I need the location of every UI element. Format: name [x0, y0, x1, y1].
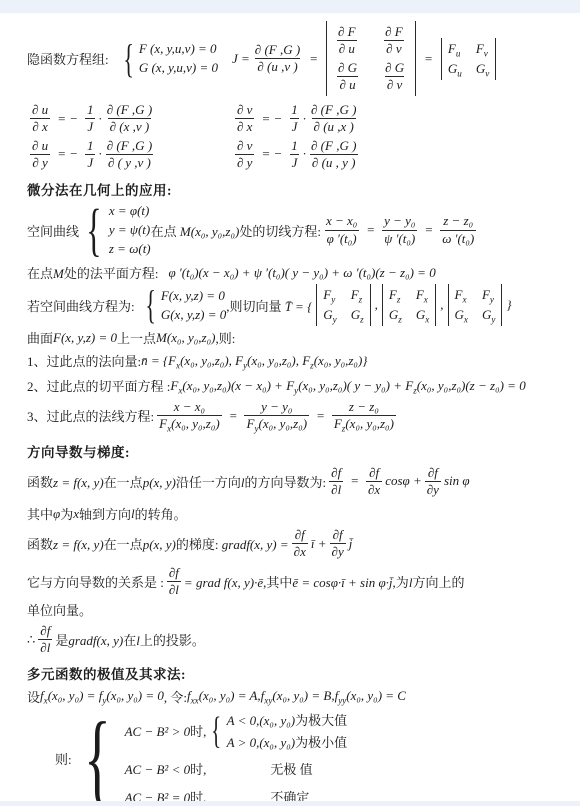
- text-run: n̄ = {Fx(x₀, y₀,z₀), Fy(x₀, y₀,z₀), Fz(x…: [141, 353, 367, 369]
- projection-tail: 是gradf(x, y)在l上的投影。: [55, 630, 205, 649]
- fraction: ∂ (F ,G )∂ (u , y ): [309, 138, 358, 172]
- fraction-numerator: ∂ F: [383, 24, 405, 40]
- fraction-denominator: ∂x: [292, 543, 308, 560]
- case-condition: AC − B² < 0时,: [125, 759, 207, 778]
- unit-vector-line: 单位向量。: [27, 600, 576, 619]
- case-result: 无极 值: [270, 759, 312, 778]
- fraction-numerator: ∂f: [331, 527, 345, 543]
- gradient-caption: 函数z = f(x, y)在一点p(x, y)的梯度: gradf(x, y) …: [27, 534, 289, 553]
- fraction: y − y₀ψ ′(t₀): [382, 213, 417, 247]
- fraction-numerator: ∂ (F ,G ): [105, 138, 154, 154]
- i-unit-term: ī +: [311, 536, 327, 552]
- fraction-denominator: ∂ v: [384, 40, 403, 57]
- text-run: 是: [55, 633, 68, 648]
- fraction: 1J: [289, 138, 300, 172]
- partial-formula-vy: ∂ v∂ y = − 1J · ∂ (F ,G )∂ (u , y ): [232, 138, 437, 172]
- gradient-line: 函数z = f(x, y)在一点p(x, y)的梯度: gradf(x, y) …: [27, 527, 576, 561]
- surface-point-line: 曲面F(x, y,z) = 0上一点 M(x₀, y₀,z₀),则:: [27, 328, 576, 347]
- jacobian-determinant: ∂ F∂ u ∂ F∂ v ∂ G∂ u ∂ G∂ v: [326, 21, 416, 96]
- fraction-denominator: ∂ (u ,v ): [255, 58, 299, 75]
- text-run: Fx(x₀, y₀,z₀)(x − x₀) + Fy(x₀, y₀,z₀)( y…: [170, 378, 525, 394]
- section-heading-gradient: 方向导数与梯度:: [27, 441, 576, 461]
- fraction-numerator: z − z₀: [441, 213, 475, 229]
- tangent-determinant-2: Fz Fx Gz Gx: [382, 284, 436, 326]
- equals-sign: =: [316, 408, 325, 424]
- determinant-cell: Gy: [323, 307, 336, 323]
- partials-row-2: ∂ u∂ y = − 1J · ∂ (F ,G )∂ ( y ,v ) ∂ v∂…: [27, 138, 576, 172]
- fraction-numerator: x − x₀: [172, 399, 207, 415]
- fraction-numerator: ∂f: [293, 527, 307, 543]
- directional-derivative-line: 函数z = f(x, y)在一点p(x, y)沿任一方向l的方向导数为: ∂f∂…: [27, 465, 576, 499]
- curve-eq-g: G(x, y,z) = 0: [161, 307, 226, 323]
- fraction-numerator: ∂f: [367, 465, 381, 481]
- left-brace: {: [211, 712, 221, 750]
- text-run: A > 0,(x₀, y₀): [227, 735, 295, 750]
- top-band: [0, 0, 580, 13]
- curve-equation-system: F(x, y,z) = 0 G(x, y,z) = 0: [161, 288, 226, 323]
- text-run: 时,: [190, 762, 206, 777]
- space-curve-label: 空间曲线: [27, 221, 79, 240]
- determinant-cell: Gz: [351, 307, 364, 323]
- fraction-denominator: ∂y: [330, 543, 346, 560]
- fraction-denominator: ∂l: [167, 581, 181, 598]
- fraction-denominator: J: [85, 118, 95, 135]
- determinant-cell: Gx: [416, 307, 429, 323]
- fraction: z − z₀Fz(x₀, y₀,z₀): [332, 399, 396, 433]
- determinant-cell: Fv: [476, 41, 488, 57]
- text-run: 处的法平面方程:: [64, 266, 159, 281]
- text-run: 上一点: [117, 328, 156, 347]
- fraction-numerator: ∂f: [167, 565, 181, 581]
- normal-plane-line: 在点M处的法平面方程: φ ′(t₀)(x − x₀) + ψ ′(t₀)( y…: [27, 263, 576, 282]
- jacobian-fraction: ∂ (F ,G ) ∂ (u ,v ): [253, 42, 302, 76]
- determinant-cell: Gy: [482, 307, 495, 323]
- text-run: 函数: [27, 475, 53, 490]
- fraction-denominator: J: [85, 154, 95, 171]
- text-run: z = f(x, y): [53, 475, 104, 490]
- partial-formula-uy: ∂ u∂ y = − 1J · ∂ (F ,G )∂ ( y ,v ): [27, 138, 232, 172]
- left-brace: {: [145, 285, 156, 325]
- text-run: φ: [53, 506, 60, 522]
- angle-note-line: 其中φ为x轴到方向l的转角。: [27, 504, 576, 523]
- fraction-numerator: 1: [289, 138, 300, 154]
- determinant-cell: Fu: [448, 41, 461, 57]
- fraction-numerator: y − y₀: [382, 213, 417, 229]
- text-run: 1、过此点的法向量:: [27, 351, 141, 370]
- tangent-line-caption: 在点 M(x₀, y₀,z₀)处的切线方程:: [151, 221, 321, 240]
- fraction: ∂ G∂ u: [336, 60, 359, 94]
- fraction-numerator: ∂ G: [383, 60, 406, 76]
- fraction-numerator: ∂ (F ,G ): [309, 102, 358, 118]
- left-brace: {: [86, 201, 101, 259]
- fraction-numerator: ∂f: [38, 623, 52, 639]
- space-curve-line: 空间曲线 { x = φ(t) y = ψ(t) z = ω(t) 在点 M(x…: [27, 201, 576, 259]
- fraction: x − x₀Fx(x₀, y₀,z₀): [157, 399, 222, 433]
- fraction-numerator: ∂f: [329, 465, 343, 481]
- parametric-system: x = φ(t) y = ψ(t) z = ω(t): [109, 203, 151, 257]
- fraction-denominator: J: [290, 154, 300, 171]
- fraction: ∂ (F ,G )∂ ( y ,v ): [105, 138, 154, 172]
- fraction-denominator: Fy(x₀, y₀,z₀): [244, 415, 309, 432]
- fraction: ∂ (F ,G )∂ (x ,v ): [105, 102, 154, 136]
- tangent-determinant-1: Fy Fz Gy Gz: [316, 284, 370, 326]
- equals-sign: =: [309, 51, 318, 67]
- fraction-numerator: ∂ v: [235, 102, 254, 118]
- text-run: ,其中: [263, 575, 292, 590]
- fraction: ∂ F∂ u: [336, 24, 358, 58]
- fraction: ∂f∂l: [167, 565, 181, 599]
- fraction-numerator: ∂ v: [235, 138, 254, 154]
- text-run: p(x, y): [143, 475, 176, 490]
- text-run: F(x, y,z) = 0: [53, 330, 117, 346]
- case-max: A < 0,(x₀, y₀)为极大值: [227, 710, 347, 729]
- directional-derivative-caption: 函数z = f(x, y)在一点p(x, y)沿任一方向l的方向导数为:: [27, 472, 326, 491]
- fraction-numerator: 1: [289, 102, 300, 118]
- fraction: z − z₀ω ′(t₀): [440, 213, 476, 247]
- normal-plane-label: 在点M处的法平面方程:: [27, 263, 158, 282]
- text-run: AC − B² < 0: [125, 762, 191, 777]
- fraction-denominator: ∂l: [38, 639, 52, 656]
- text-run: fyy(x₀, y₀) = C: [335, 688, 406, 704]
- normal-vector-item: 1、过此点的法向量: n̄ = {Fx(x₀, y₀,z₀), Fy(x₀, y…: [27, 351, 576, 370]
- text-run: 在点: [151, 224, 180, 239]
- text-run: 其中: [27, 504, 53, 523]
- fraction-denominator: ∂ v: [385, 76, 404, 93]
- case-min: A > 0,(x₀, y₀)为极小值: [227, 732, 347, 751]
- equals-minus: = −: [57, 111, 78, 127]
- text-run: ē = cosφ·ī + sin φ·j̄: [292, 575, 392, 590]
- relation-line: 它与方向导数的关系是 : ∂f∂l = grad f(x, y)·ē,其中ē =…: [27, 565, 576, 599]
- text-run: 时,: [190, 724, 206, 739]
- text-run: M(x₀, y₀,z₀): [156, 330, 215, 346]
- fraction-denominator: ∂ y: [30, 154, 49, 171]
- text-run: 沿任一方向: [176, 475, 241, 490]
- fraction-denominator: φ ′(t₀): [325, 230, 359, 247]
- text-run: gradf(x, y) =: [222, 537, 289, 552]
- equation-system: F (x, y,u,v) = 0 G (x, y,u,v) = 0: [139, 41, 218, 76]
- implicit-system-label: 隐函数方程组:: [27, 49, 109, 68]
- text-run: 的方向导数为:: [245, 475, 327, 490]
- text-run: = grad f(x, y)·ē: [184, 575, 263, 590]
- comma: ,: [375, 297, 378, 313]
- equals-sign: =: [350, 473, 359, 489]
- fraction-numerator: x − x₀: [324, 213, 359, 229]
- determinant-cell: Fx: [416, 287, 428, 303]
- section-heading-extrema: 多元函数的极值及其求法:: [27, 663, 576, 683]
- fraction: ∂ u∂ y: [30, 138, 50, 172]
- curve-tangent-vector-line: 若空间曲线方程为: { F(x, y,z) = 0 G(x, y,z) = 0 …: [27, 284, 576, 326]
- text-run: ,则:: [215, 328, 235, 347]
- determinant-cell: Fz: [351, 287, 363, 303]
- then-label: 则:: [55, 749, 72, 768]
- determinant-cell: Gz: [389, 307, 402, 323]
- param-eq-z: z = ω(t): [109, 241, 151, 257]
- fraction-numerator: ∂ G: [336, 60, 359, 76]
- fraction: 1J: [85, 138, 96, 172]
- text-run: 在点: [27, 266, 53, 281]
- case-condition: AC − B² > 0时,: [125, 721, 207, 740]
- text-run: 函数: [27, 537, 53, 552]
- determinant-cell: Gv: [476, 61, 489, 77]
- dot-operator: ·: [303, 146, 306, 162]
- fraction: 1J: [289, 102, 300, 136]
- fraction: ∂f∂x: [366, 465, 382, 499]
- dot-operator: ·: [98, 111, 101, 127]
- text-run: 为极大值: [295, 713, 347, 728]
- dot-operator: ·: [98, 146, 101, 162]
- equation-g: G (x, y,u,v) = 0: [139, 60, 218, 76]
- equals-sign: =: [424, 222, 433, 238]
- text-run: 轴到方向: [79, 504, 131, 523]
- bottom-band: [0, 801, 580, 806]
- partial-formula-ux: ∂ u∂ x = − 1J · ∂ (F ,G )∂ (x ,v ): [27, 102, 232, 136]
- fraction-denominator: ∂l: [329, 481, 343, 498]
- left-brace: {: [84, 708, 111, 806]
- fraction-numerator: ∂f: [426, 465, 440, 481]
- fraction: ∂ G∂ v: [383, 60, 406, 94]
- text-run: T̄ = {: [285, 299, 312, 314]
- fraction-numerator: 1: [85, 102, 96, 118]
- text-run: ,为: [393, 575, 409, 590]
- therefore-symbol: ∴: [27, 632, 35, 648]
- fraction-denominator: Fz(x₀, y₀,z₀): [332, 415, 396, 432]
- fraction-denominator: ω ′(t₀): [440, 230, 476, 247]
- text-run: M: [53, 266, 64, 281]
- fraction: ∂f∂l: [329, 465, 343, 499]
- extrema-cases-line: 则: { AC − B² > 0时, { A < 0,(x₀, y₀)为极大值 …: [55, 708, 576, 806]
- fraction: ∂f∂y: [425, 465, 441, 499]
- cos-term: cosφ +: [385, 473, 422, 489]
- fraction: ∂f∂l: [38, 623, 52, 657]
- fraction-numerator: ∂ (F ,G ): [253, 42, 302, 58]
- partial-formula-vx: ∂ v∂ x = − 1J · ∂ (F ,G )∂ (u ,x ): [232, 102, 437, 136]
- tangent-plane-item: 2、过此点的切平面方程 : Fx(x₀, y₀,z₀)(x − x₀) + Fy…: [27, 376, 576, 395]
- fraction-numerator: ∂ (F ,G ): [309, 138, 358, 154]
- text-run: 在一点: [104, 475, 143, 490]
- param-eq-x: x = φ(t): [109, 203, 150, 219]
- fraction: ∂ v∂ x: [235, 102, 254, 136]
- tangent-determinant-3: Fx Fy Gx Gy: [448, 284, 503, 326]
- text-run: 为极小值: [295, 735, 347, 750]
- fraction: ∂ u∂ x: [30, 102, 50, 136]
- text-run: 为: [60, 504, 73, 523]
- text-run: gradf(x, y): [68, 633, 123, 648]
- fraction-denominator: ψ ′(t₀): [382, 230, 417, 247]
- subscript-determinant: Fu Fv Gu Gv: [441, 38, 496, 80]
- fraction: ∂f∂x: [292, 527, 308, 561]
- text-run: 在: [123, 633, 136, 648]
- text-run: p(x, y): [143, 537, 176, 552]
- text-run: 方向上的: [412, 575, 464, 590]
- text-run: A < 0,(x₀, y₀): [227, 713, 295, 728]
- text-run: AC − B² > 0: [125, 724, 191, 739]
- section-heading-geometry: 微分法在几何上的应用:: [27, 179, 576, 199]
- text-run: 曲面: [27, 328, 53, 347]
- fraction-numerator: ∂ (F ,G ): [105, 102, 154, 118]
- fraction-numerator: ∂ u: [30, 102, 50, 118]
- fraction-denominator: ∂ u: [337, 76, 357, 93]
- text-run: 上的投影。: [140, 633, 205, 648]
- fraction-denominator: ∂ x: [30, 118, 49, 135]
- fraction-numerator: y − y₀: [259, 399, 294, 415]
- equals-minus: = −: [261, 111, 282, 127]
- fraction-denominator: Fx(x₀, y₀,z₀): [157, 415, 222, 432]
- fraction-denominator: ∂ u: [337, 40, 357, 57]
- text-run: 处的切线方程:: [239, 224, 321, 239]
- fraction-denominator: ∂ (u , y ): [310, 154, 358, 171]
- normal-plane-formula: φ ′(t₀)(x − x₀) + ψ ′(t₀)( y − y₀) + ω ′…: [168, 265, 435, 281]
- text-run: , 令:: [164, 687, 187, 706]
- dot-operator: ·: [303, 111, 306, 127]
- text-run: 2、过此点的切平面方程 :: [27, 376, 170, 395]
- determinant-cell: Fx: [455, 287, 467, 303]
- cases-body: AC − B² > 0时, { A < 0,(x₀, y₀)为极大值 A > 0…: [125, 710, 348, 806]
- curve-eq-label: 若空间曲线方程为:: [27, 296, 135, 315]
- right-brace: }: [506, 297, 511, 313]
- case-positive: AC − B² > 0时, { A < 0,(x₀, y₀)为极大值 A > 0…: [125, 710, 348, 751]
- equals-sign: =: [424, 51, 433, 67]
- fraction: ∂ v∂ y: [235, 138, 254, 172]
- jacobian-symbol: J =: [232, 51, 250, 67]
- fraction-denominator: ∂ y: [235, 154, 254, 171]
- text-run: 的梯度:: [176, 537, 222, 552]
- param-eq-y: y = ψ(t): [109, 222, 150, 238]
- fraction-denominator: ∂ ( y ,v ): [106, 154, 153, 171]
- determinant-cell: Fy: [323, 287, 335, 303]
- determinant-cell: Fy: [482, 287, 494, 303]
- text-run: fxy(x₀, y₀) = B,: [261, 688, 335, 704]
- fraction-numerator: z − z₀: [347, 399, 381, 415]
- fraction: x − x₀φ ′(t₀): [324, 213, 359, 247]
- relation-caption: 它与方向导数的关系是 :: [27, 572, 164, 591]
- text-run: fxx(x₀, y₀) = A,: [187, 688, 261, 704]
- sin-term: sin φ: [444, 473, 470, 489]
- equals-minus: = −: [261, 146, 282, 162]
- fraction: ∂ (F ,G )∂ (u ,x ): [309, 102, 358, 136]
- curve-eq-f: F(x, y,z) = 0: [161, 288, 225, 304]
- fraction-denominator: ∂ (u ,x ): [312, 118, 356, 135]
- text-run: ,则切向量: [226, 299, 285, 314]
- normal-line-item: 3、过此点的法线方程: x − x₀Fx(x₀, y₀,z₀) = y − y₀…: [27, 399, 576, 433]
- fraction-denominator: ∂ (x ,v ): [108, 118, 152, 135]
- text-run: M(x₀, y₀,z₀): [180, 224, 239, 239]
- fraction-denominator: ∂x: [366, 481, 382, 498]
- equals-sign: =: [229, 408, 238, 424]
- fraction-numerator: ∂ F: [336, 24, 358, 40]
- fraction: ∂f∂y: [330, 527, 346, 561]
- determinant-cell: Gu: [448, 61, 462, 77]
- fraction: 1J: [85, 102, 96, 136]
- fraction-denominator: J: [290, 118, 300, 135]
- equals-sign: =: [366, 222, 375, 238]
- partials-row-1: ∂ u∂ x = − 1J · ∂ (F ,G )∂ (x ,v ) ∂ v∂ …: [27, 102, 576, 136]
- text-run: 设: [27, 687, 40, 706]
- normal-line-label: 3、过此点的法线方程:: [27, 406, 154, 425]
- fraction-numerator: ∂ u: [30, 138, 50, 154]
- determinant-cell: Fz: [389, 287, 401, 303]
- text-run: z = f(x, y): [53, 537, 104, 552]
- comma: ,: [440, 297, 443, 313]
- tangent-vector-caption: ,则切向量 T̄ = {: [226, 296, 312, 315]
- text-run: 的转角。: [135, 504, 187, 523]
- equals-minus: = −: [57, 146, 78, 162]
- fraction-denominator: ∂y: [425, 481, 441, 498]
- projection-line: ∴ ∂f∂l 是gradf(x, y)在l上的投影。: [27, 623, 576, 657]
- case-subsystem: A < 0,(x₀, y₀)为极大值 A > 0,(x₀, y₀)为极小值: [227, 710, 347, 751]
- implicit-system-line: 隐函数方程组: { F (x, y,u,v) = 0 G (x, y,u,v) …: [27, 21, 576, 96]
- relation-tail: = grad f(x, y)·ē,其中ē = cosφ·ī + sin φ·j̄…: [184, 572, 465, 591]
- fraction: ∂ F∂ v: [383, 24, 405, 58]
- fraction: y − y₀Fy(x₀, y₀,z₀): [244, 399, 309, 433]
- j-unit-term: j̄: [349, 536, 353, 552]
- text-run: 它与方向导数的关系是 :: [27, 575, 164, 590]
- case-negative: AC − B² < 0时, 无极 值: [125, 757, 348, 779]
- fraction-numerator: 1: [85, 138, 96, 154]
- fraction-denominator: ∂ x: [235, 118, 254, 135]
- document-content: 隐函数方程组: { F (x, y,u,v) = 0 G (x, y,u,v) …: [0, 13, 580, 806]
- equation-f: F (x, y,u,v) = 0: [139, 41, 217, 57]
- determinant-cell: Gx: [455, 307, 468, 323]
- text-run: 在一点: [104, 537, 143, 552]
- math-notes-page: { "page": {"top_band_color": "#ecf1fa", …: [0, 0, 580, 806]
- left-brace: {: [123, 39, 134, 79]
